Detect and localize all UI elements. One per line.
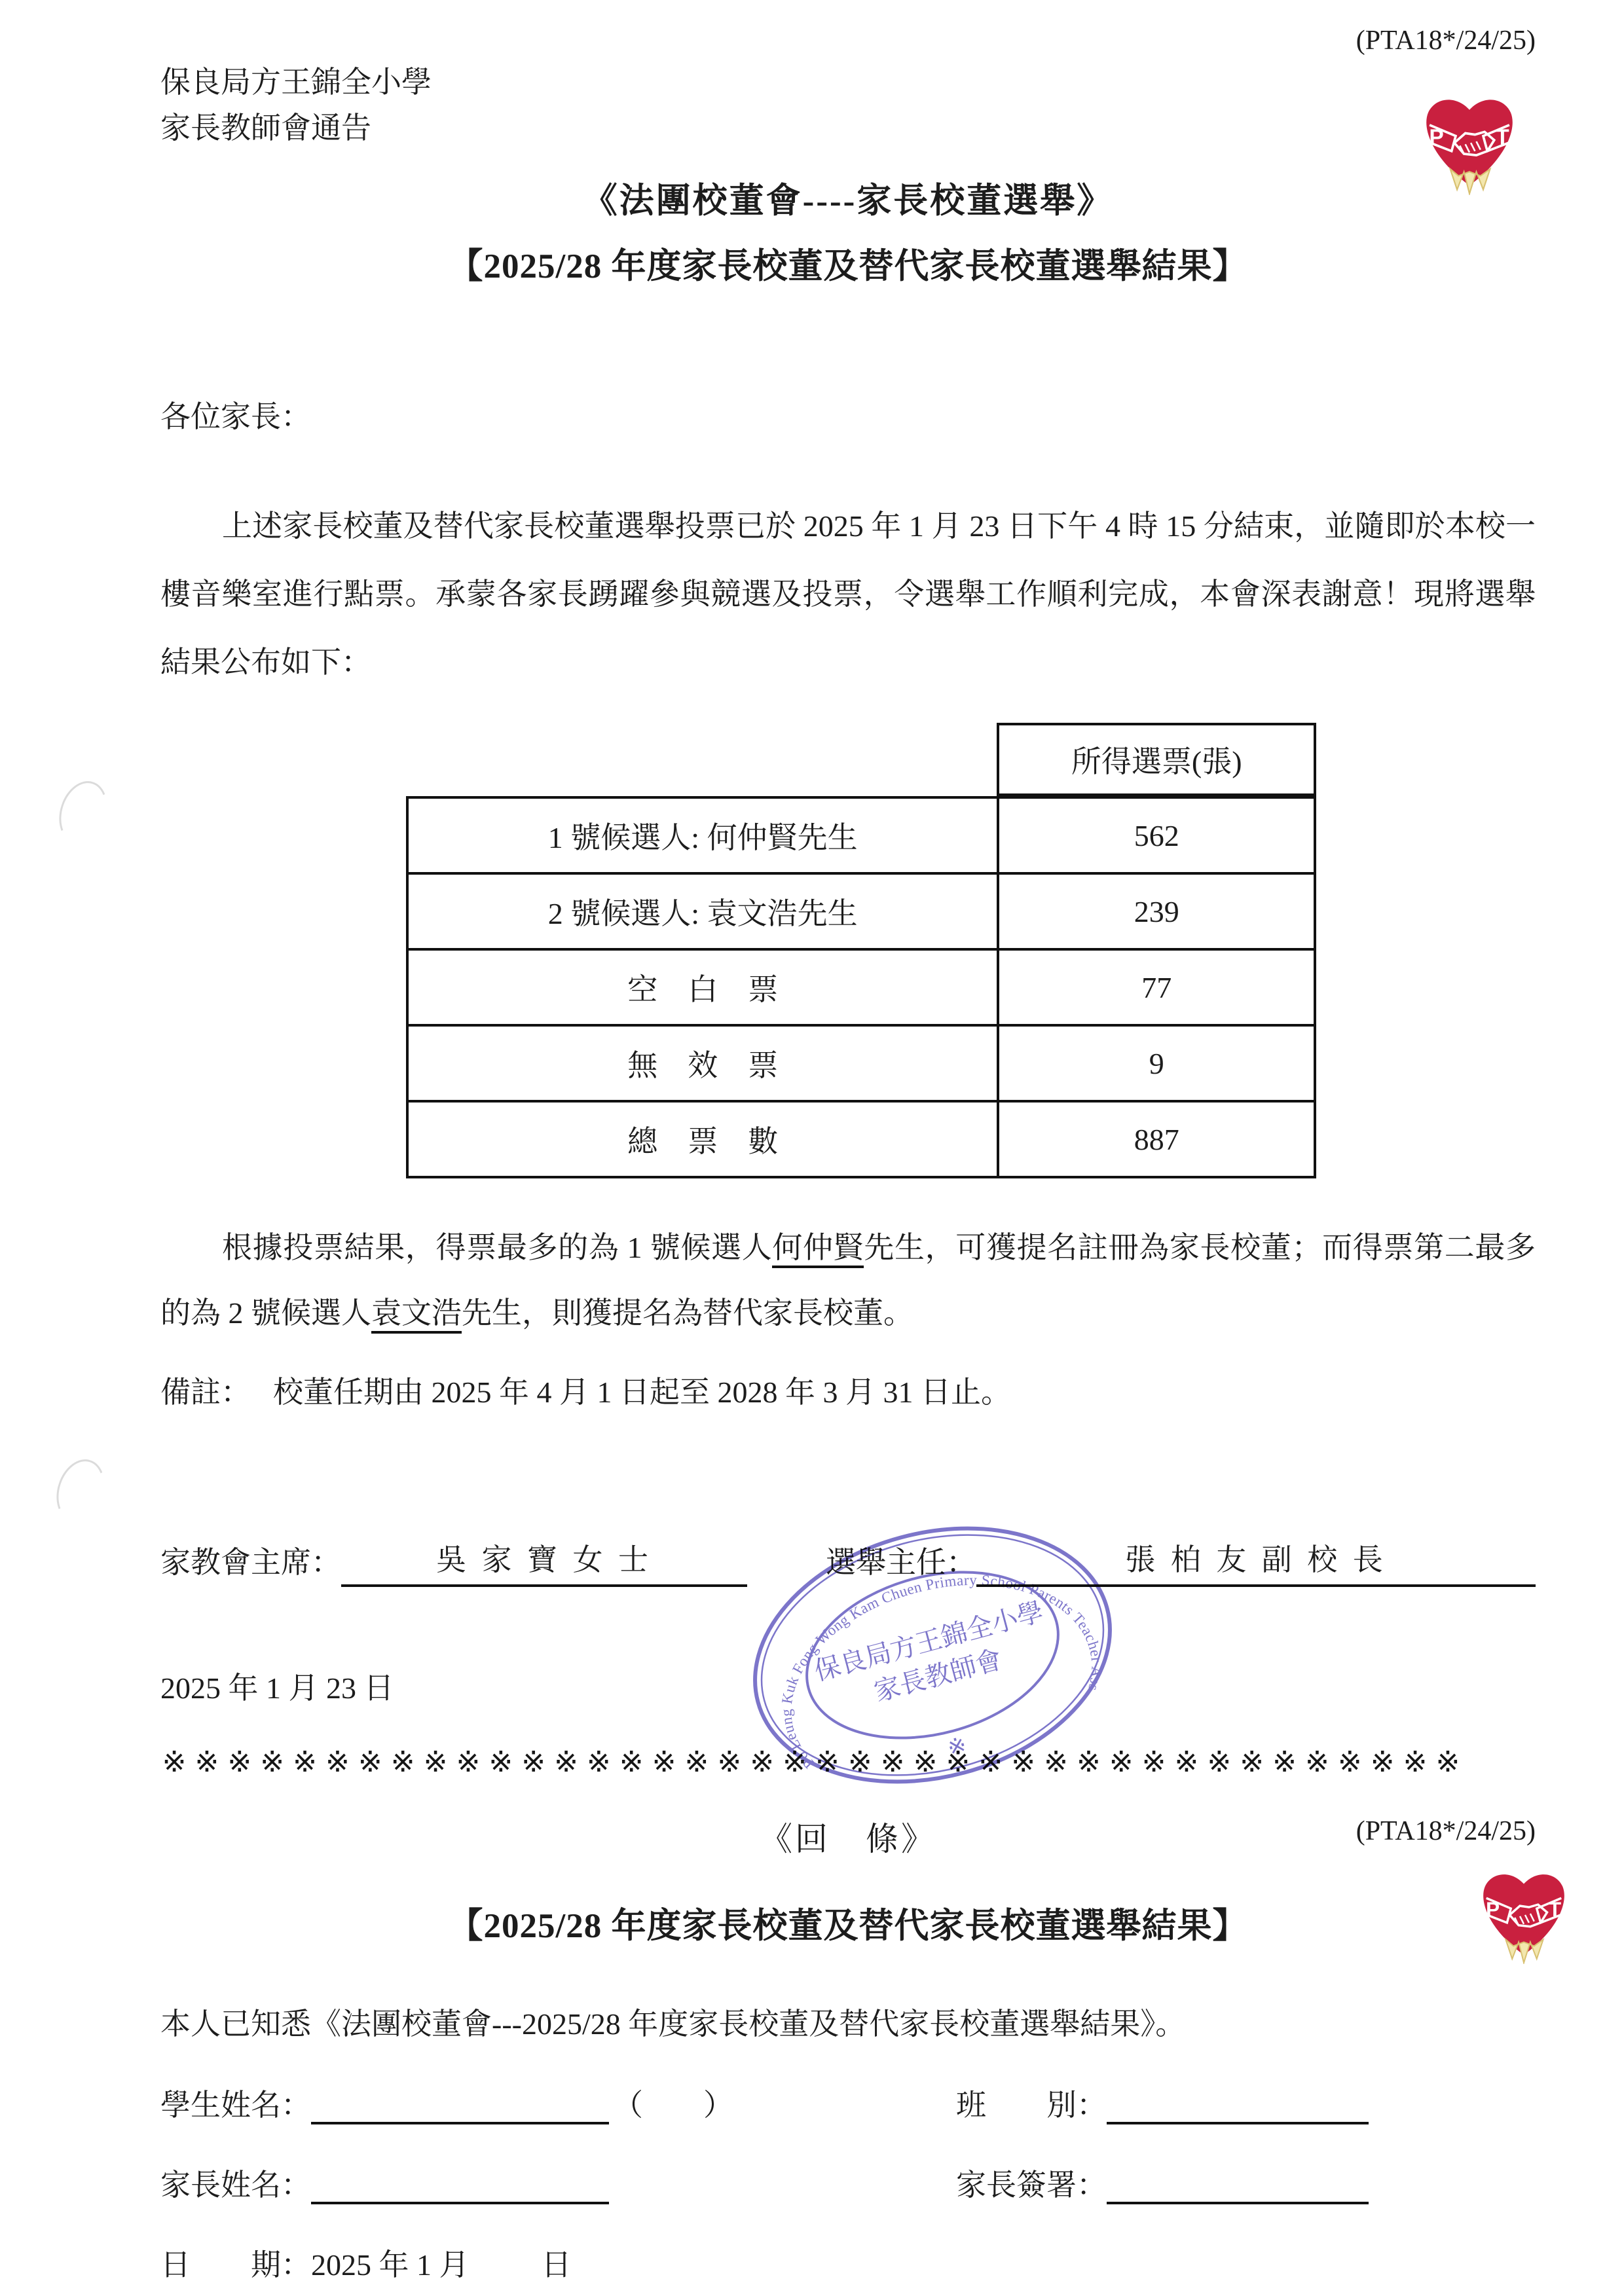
notice-title-line2: 【2025/28 年度家長校董及替代家長校董選舉結果】	[160, 238, 1536, 288]
reply-date-label: 日 期：	[160, 2248, 311, 2282]
logo-letter-p: P	[1429, 125, 1443, 149]
row-votes: 9	[999, 1027, 1314, 1100]
table-row-candidate-2: 2 號候選人: 袁文浩先生 239	[409, 872, 1314, 948]
chairman-label: 家教會主席：	[160, 1539, 341, 1587]
salutation: 各位家長：	[160, 393, 1536, 436]
stamp-bottom-mark: ※	[945, 1733, 969, 1761]
class-line[interactable]	[1107, 2085, 1369, 2124]
student-name-row: 學生姓名：（ ） 班 別：	[160, 2081, 1536, 2123]
class-number-brackets: （ ）	[613, 2088, 733, 2122]
student-name-label: 學生姓名：	[160, 2088, 311, 2122]
result-text-part1: 根據投票結果，得票最多的為 1 號候選人	[222, 1231, 772, 1264]
parent-sign-group: 家長簽署：	[956, 2161, 1369, 2204]
parent-name-row: 家長姓名： 家長簽署：	[160, 2161, 1536, 2203]
row-votes: 887	[999, 1102, 1314, 1176]
remark-text: 校董任期由 2025 年 4 月 1 日起至 2028 年 3 月 31 日止。	[273, 1376, 1011, 1409]
runner-up-name: 袁文浩	[371, 1296, 462, 1334]
row-label: 2 號候選人: 袁文浩先生	[409, 875, 999, 948]
reply-slip-header: 《回 條》 (PTA18*/24/25)	[160, 1813, 1536, 1856]
result-paragraph: 根據投票結果，得票最多的為 1 號候選人何仲賢先生，可獲提名註冊為家長校董；而得…	[160, 1215, 1536, 1346]
reply-heading: 【2025/28 年度家長校董及替代家長校董選舉結果】	[160, 1898, 1536, 1948]
table-row-candidate-1: 1 號候選人: 何仲賢先生 562	[409, 799, 1314, 872]
row-votes: 77	[999, 951, 1314, 1024]
winner-name: 何仲賢	[772, 1231, 864, 1268]
result-text-part3: 先生，則獲提名為替代家長校董。	[462, 1296, 913, 1330]
row-votes: 562	[999, 799, 1314, 872]
votes-column-header: 所得選票(張)	[997, 723, 1316, 796]
notice-page: (PTA18*/24/25) 保良局方王錦全小學 家長教師會通告 《法團校董會-…	[0, 0, 1624, 2296]
intro-paragraph: 上述家長校董及替代家長校董選舉投票已於 2025 年 1 月 23 日下午 4 …	[160, 492, 1536, 697]
chairman-name: 吳 家 寶 女 士	[341, 1536, 747, 1587]
class-label: 班 別：	[956, 2088, 1107, 2122]
logo-letter-p: P	[1486, 1897, 1500, 1921]
class-group: 班 別：	[956, 2081, 1369, 2124]
logo-letter-t: T	[1549, 1897, 1561, 1921]
reply-date-row: 日 期：2025 年 1 月日	[160, 2241, 1536, 2283]
vote-results-table: 所得選票(張) 1 號候選人: 何仲賢先生 562 2 號候選人: 袁文浩先生 …	[406, 723, 1316, 1178]
reply-date-day-suffix: 日	[542, 2248, 572, 2282]
remark-label: 備註：	[160, 1376, 251, 1409]
parent-sign-label: 家長簽署：	[956, 2168, 1107, 2202]
notice-title-line1: 《法團校董會----家長校董選舉》	[160, 173, 1536, 223]
table-body: 1 號候選人: 何仲賢先生 562 2 號候選人: 袁文浩先生 239 空 白 …	[406, 796, 1316, 1178]
remark-line: 備註：校董任期由 2025 年 4 月 1 日起至 2028 年 3 月 31 …	[160, 1368, 1536, 1412]
pta-heart-logo-icon: P T	[1472, 1861, 1576, 1964]
notice-type: 家長教師會通告	[160, 109, 1536, 148]
acknowledgement-text: 本人已知悉《法團校董會---2025/28 年度家長校董及替代家長校董選舉結果》…	[160, 2000, 1536, 2043]
student-name-line[interactable]	[311, 2085, 609, 2124]
table-row-invalid-votes: 無 效 票 9	[409, 1024, 1314, 1100]
row-label: 無 效 票	[409, 1027, 999, 1100]
pta-oval-stamp: Po Leung Kuk Fong Wong Kam Chuen Primary…	[740, 1520, 1125, 1790]
parent-name-line[interactable]	[311, 2165, 609, 2204]
parent-sign-line[interactable]	[1107, 2165, 1369, 2204]
row-label: 1 號候選人: 何仲賢先生	[409, 799, 999, 872]
parent-name-label: 家長姓名：	[160, 2168, 311, 2202]
table-header-row: 所得選票(張)	[406, 723, 1316, 796]
reply-date-value: 2025 年 1 月	[311, 2248, 470, 2282]
row-label: 空 白 票	[409, 951, 999, 1024]
table-header-spacer	[406, 723, 997, 796]
reference-number: (PTA18*/24/25)	[160, 24, 1536, 58]
logo-letter-t: T	[1496, 125, 1509, 149]
table-row-blank-votes: 空 白 票 77	[409, 948, 1314, 1024]
reply-slip-title: 《回 條》	[160, 1813, 1536, 1860]
table-row-total-votes: 總 票 數 887	[409, 1100, 1314, 1176]
reply-reference-number: (PTA18*/24/25)	[1356, 1815, 1536, 1847]
notice-content: (PTA18*/24/25) 保良局方王錦全小學 家長教師會通告 《法團校董會-…	[0, 0, 1624, 2283]
school-name: 保良局方王錦全小學	[160, 63, 1536, 102]
pta-heart-logo-icon: P T	[1414, 85, 1524, 195]
row-votes: 239	[999, 875, 1314, 948]
row-label: 總 票 數	[409, 1102, 999, 1176]
